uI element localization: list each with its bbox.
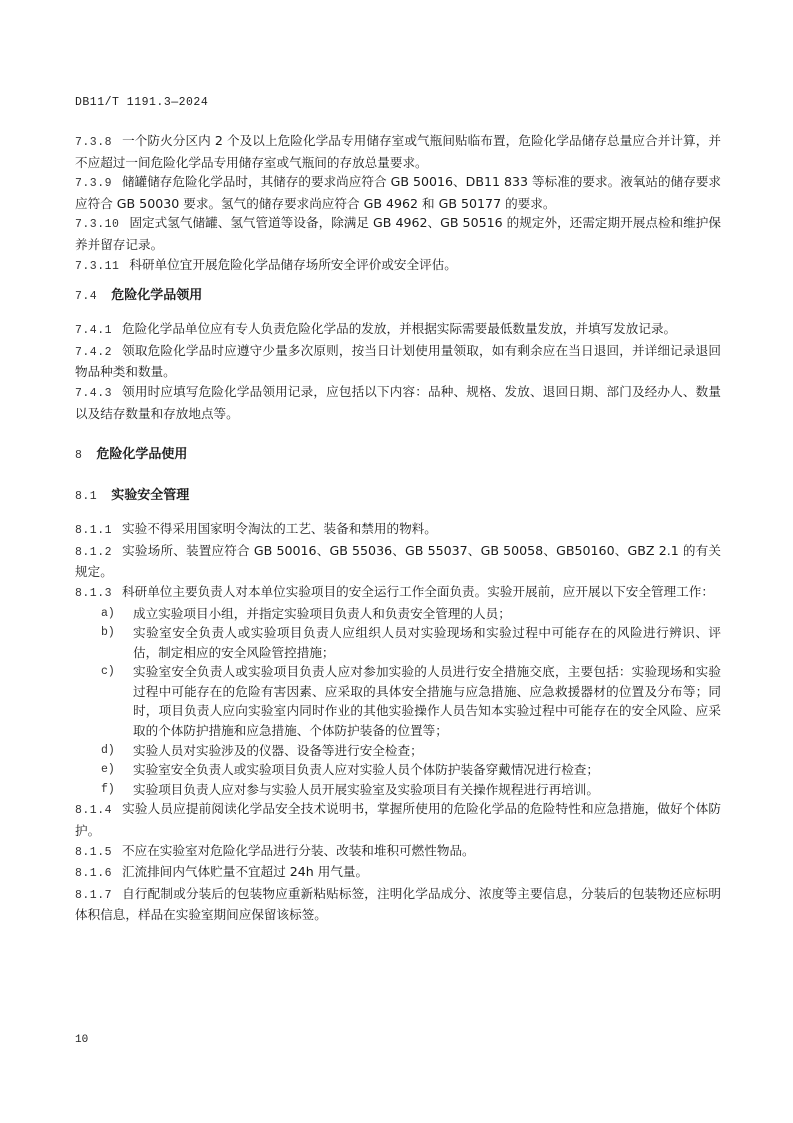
clause-8-1-5: 8.1.5不应在实验室对危险化学品进行分装、改装和堆积可燃性物品。 xyxy=(75,841,721,863)
clause-8-1-2: 8.1.2实验场所、装置应符合 GB 50016、GB 55036、GB 550… xyxy=(75,541,721,582)
section-heading-8-1: 8.1实验安全管理 xyxy=(75,486,721,507)
chapter-number: 8 xyxy=(75,446,82,466)
clause-7-3-8: 7.3.8一个防火分区内 2 个及以上危险化学品专用储存室或气瓶间贴临布置，危险… xyxy=(75,131,721,172)
clause-text: 领用时应填写危险化学品领用记录，应包括以下内容：品种、规格、发放、退回日期、部门… xyxy=(75,384,721,421)
document-body: 7.3.8一个防火分区内 2 个及以上危险化学品专用储存室或气瓶间贴临布置，危险… xyxy=(75,131,721,925)
clause-number: 7.4.3 xyxy=(75,384,112,404)
clause-text: 一个防火分区内 2 个及以上危险化学品专用储存室或气瓶间贴临布置，危险化学品储存… xyxy=(75,133,721,170)
section-heading-7-4: 7.4危险化学品领用 xyxy=(75,286,721,307)
clause-number: 7.3.11 xyxy=(75,257,119,277)
document-id-header: DB11/T 1191.3—2024 xyxy=(75,96,208,109)
clause-8-1-1: 8.1.1实验不得采用国家明令淘汰的工艺、装备和禁用的物料。 xyxy=(75,519,721,541)
clause-text: 自行配制或分装后的包装物应重新粘贴标签，注明化学品成分、浓度等主要信息，分装后的… xyxy=(75,886,721,923)
list-item-text: 实验室安全负责人或实验项目负责人应对参加实验的人员进行安全措施交底，主要包括：实… xyxy=(133,664,721,738)
clause-8-1-6: 8.1.6汇流排间内气体贮量不宜超过 24h 用气量。 xyxy=(75,862,721,884)
list-marker: a) xyxy=(101,604,115,624)
clause-number: 7.3.10 xyxy=(75,215,119,235)
list-item-text: 实验项目负责人应对参与实验人员开展实验室及实验项目有关操作规程进行再培训。 xyxy=(133,782,599,797)
list-marker: e) xyxy=(101,760,115,780)
clause-text: 储罐储存危险化学品时，其储存的要求尚应符合 GB 50016、DB11 833 … xyxy=(75,174,721,211)
safety-management-list: a)成立实验项目小组，并指定实验项目负责人和负责安全管理的人员； b)实验室安全… xyxy=(75,604,721,800)
clause-number: 8.1.7 xyxy=(75,886,112,906)
clause-number: 8.1.2 xyxy=(75,543,112,563)
list-marker: b) xyxy=(101,623,115,643)
section-title: 实验安全管理 xyxy=(111,488,189,503)
list-item-text: 成立实验项目小组，并指定实验项目负责人和负责安全管理的人员； xyxy=(133,606,511,621)
list-item: a)成立实验项目小组，并指定实验项目负责人和负责安全管理的人员； xyxy=(75,604,721,624)
section-number: 7.4 xyxy=(75,287,97,307)
section-title: 危险化学品领用 xyxy=(111,288,202,303)
chapter-heading-8: 8危险化学品使用 xyxy=(75,445,721,466)
clause-number: 7.3.8 xyxy=(75,133,112,153)
clause-number: 7.3.9 xyxy=(75,174,112,194)
clause-text: 科研单位宜开展危险化学品储存场所安全评价或安全评估。 xyxy=(129,257,456,272)
clause-8-1-7: 8.1.7自行配制或分装后的包装物应重新粘贴标签，注明化学品成分、浓度等主要信息… xyxy=(75,884,721,925)
clause-number: 8.1.1 xyxy=(75,521,112,541)
clause-7-3-9: 7.3.9储罐储存危险化学品时，其储存的要求尚应符合 GB 50016、DB11… xyxy=(75,172,721,213)
clause-number: 8.1.6 xyxy=(75,864,112,884)
clause-7-3-11: 7.3.11科研单位宜开展危险化学品储存场所安全评价或安全评估。 xyxy=(75,255,721,277)
list-item: b)实验室安全负责人或实验项目负责人应组织人员对实验现场和实验过程中可能存在的风… xyxy=(75,623,721,662)
clause-text: 不应在实验室对危险化学品进行分装、改装和堆积可燃性物品。 xyxy=(122,843,475,858)
list-item: d)实验人员对实验涉及的仪器、设备等进行安全检查； xyxy=(75,741,721,761)
list-item: c)实验室安全负责人或实验项目负责人应对参加实验的人员进行安全措施交底，主要包括… xyxy=(75,662,721,740)
clause-text: 固定式氢气储罐、氢气管道等设备，除满足 GB 4962、GB 50516 的规定… xyxy=(75,215,721,252)
clause-text: 汇流排间内气体贮量不宜超过 24h 用气量。 xyxy=(122,864,368,879)
list-item-text: 实验室安全负责人或实验项目负责人应对实验人员个体防护装备穿戴情况进行检查； xyxy=(133,762,599,777)
clause-8-1-3: 8.1.3科研单位主要负责人对本单位实验项目的安全运行工作全面负责。实验开展前，… xyxy=(75,582,721,604)
list-item-text: 实验人员对实验涉及的仪器、设备等进行安全检查； xyxy=(133,743,423,758)
clause-7-3-10: 7.3.10固定式氢气储罐、氢气管道等设备，除满足 GB 4962、GB 505… xyxy=(75,213,721,254)
list-item: e)实验室安全负责人或实验项目负责人应对实验人员个体防护装备穿戴情况进行检查； xyxy=(75,760,721,780)
section-number: 8.1 xyxy=(75,487,97,507)
clause-8-1-4: 8.1.4实验人员应提前阅读化学品安全技术说明书，掌握所使用的危险化学品的危险特… xyxy=(75,799,721,840)
clause-text: 领取危险化学品时应遵守少量多次原则，按当日计划使用量领取，如有剩余应在当日退回，… xyxy=(75,343,721,380)
clause-text: 危险化学品单位应有专人负责危险化学品的发放，并根据实际需要最低数量发放，并填写发… xyxy=(122,321,676,336)
list-item: f)实验项目负责人应对参与实验人员开展实验室及实验项目有关操作规程进行再培训。 xyxy=(75,780,721,800)
clause-number: 8.1.3 xyxy=(75,584,112,604)
clause-text: 实验人员应提前阅读化学品安全技术说明书，掌握所使用的危险化学品的危险特性和应急措… xyxy=(75,801,721,838)
clause-7-4-2: 7.4.2领取危险化学品时应遵守少量多次原则，按当日计划使用量领取，如有剩余应在… xyxy=(75,341,721,382)
clause-number: 8.1.4 xyxy=(75,801,112,821)
list-item-text: 实验室安全负责人或实验项目负责人应组织人员对实验现场和实验过程中可能存在的风险进… xyxy=(133,625,721,660)
chapter-title: 危险化学品使用 xyxy=(96,447,187,462)
clause-number: 8.1.5 xyxy=(75,843,112,863)
clause-7-4-3: 7.4.3领用时应填写危险化学品领用记录，应包括以下内容：品种、规格、发放、退回… xyxy=(75,382,721,423)
clause-7-4-1: 7.4.1危险化学品单位应有专人负责危险化学品的发放，并根据实际需要最低数量发放… xyxy=(75,319,721,341)
list-marker: c) xyxy=(101,662,115,682)
clause-number: 7.4.2 xyxy=(75,343,112,363)
list-marker: f) xyxy=(101,780,115,800)
list-marker: d) xyxy=(101,741,115,761)
page-number: 10 xyxy=(75,1034,88,1046)
clause-text: 实验不得采用国家明令淘汰的工艺、装备和禁用的物料。 xyxy=(122,521,437,536)
clause-text: 科研单位主要负责人对本单位实验项目的安全运行工作全面负责。实验开展前，应开展以下… xyxy=(122,584,714,599)
clause-number: 7.4.1 xyxy=(75,321,112,341)
clause-text: 实验场所、装置应符合 GB 50016、GB 55036、GB 55037、GB… xyxy=(75,543,721,580)
